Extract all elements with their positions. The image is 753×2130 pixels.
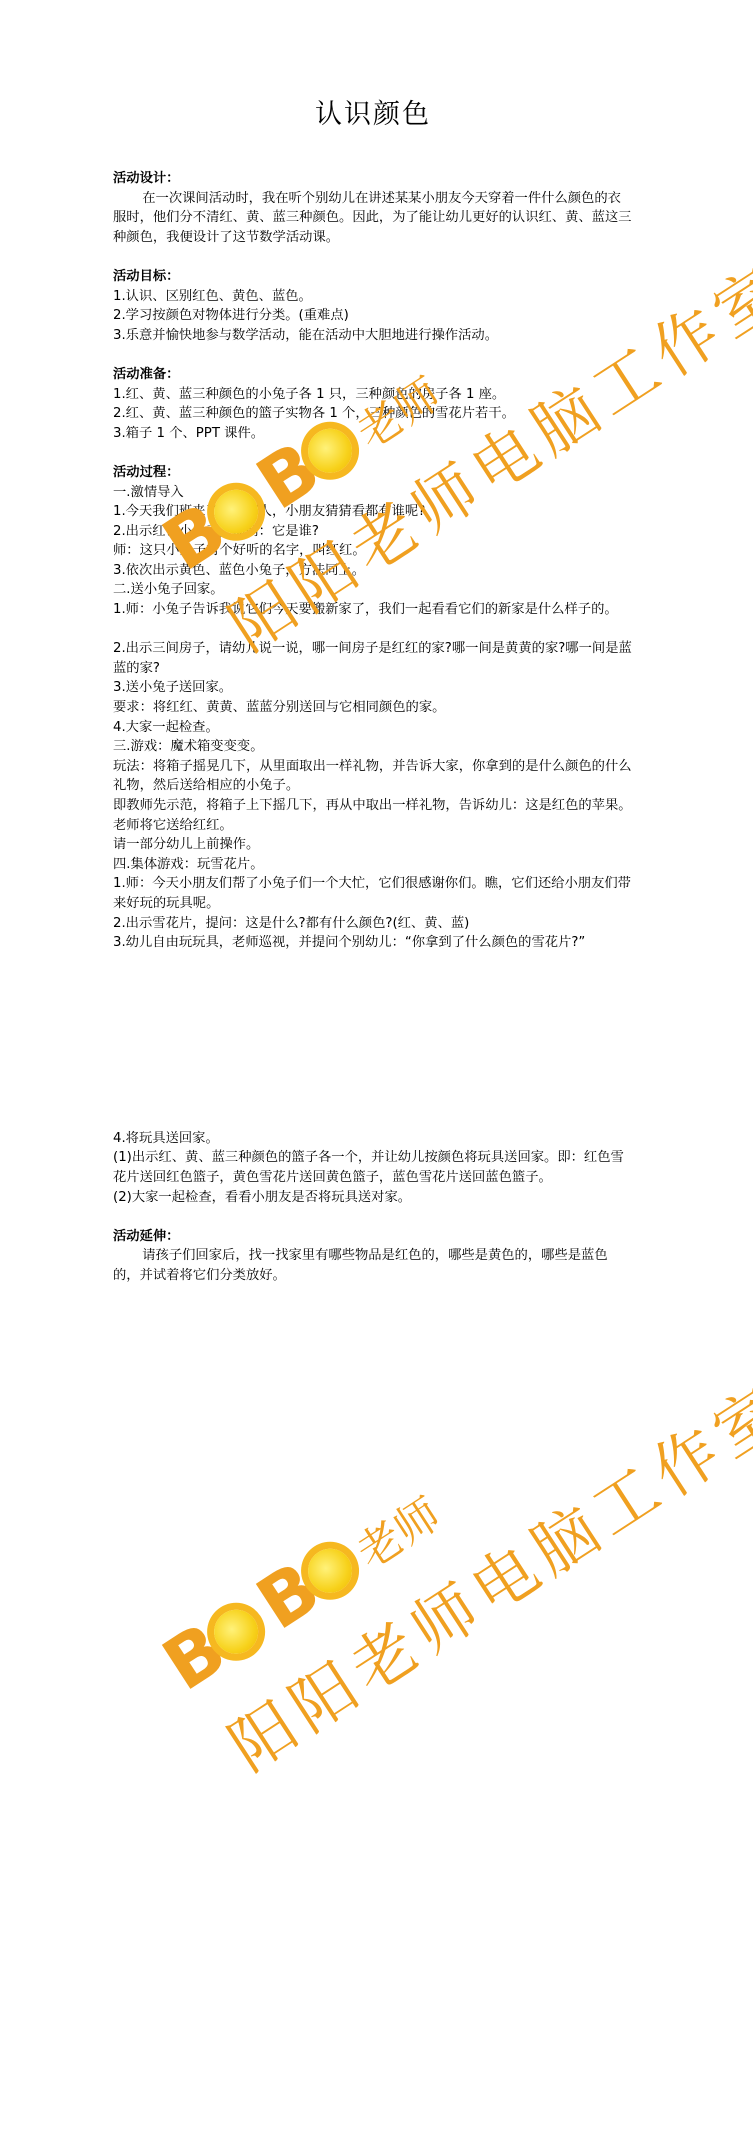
process-line: 3.依次出示黄色、蓝色小兔子，方法同上。 [113, 561, 633, 581]
process-line: 3.送小兔子送回家。 [113, 678, 633, 698]
watermark-small-text: 老师 [342, 1479, 451, 1581]
extension-paragraph: 请孩子们回家后，找一找家里有哪些物品是红色的，哪些是黄色的，哪些是蓝色的，并试着… [113, 1246, 633, 1285]
process-line: 4.大家一起检查。 [113, 718, 633, 738]
section-heading-extension: 活动延伸： [113, 1227, 633, 1247]
process-line: 二.送小兔子回家。 [113, 580, 633, 600]
sun-icon [300, 1540, 361, 1601]
preparation-item: 2.红、黄、蓝三种颜色的篮子实物各 1 个，三种颜色的雪花片若干。 [113, 404, 633, 424]
process-line: 玩法：将箱子摇晃几下，从里面取出一样礼物，并告诉大家，你拿到的是什么颜色的什么礼… [113, 757, 633, 796]
process-line: 师：这只小兔子有个好听的名字，叫红红。 [113, 541, 633, 561]
process-line: 2.出示红色小兔子，提问：它是谁? [113, 522, 633, 542]
goal-item: 1.认识、区别红色、黄色、蓝色。 [113, 287, 633, 307]
section-heading-preparation: 活动准备： [113, 365, 633, 385]
process-line: 要求：将红红、黄黄、蓝蓝分别送回与它相同颜色的家。 [113, 698, 633, 718]
document-body: 活动设计： 在一次课间活动时，我在听个别幼儿在讲述某某小朋友今天穿着一件什么颜色… [113, 169, 633, 1286]
watermark-logo: B B 老师 [146, 1404, 547, 1708]
process-line: 四.集体游戏：玩雪花片。 [113, 855, 633, 875]
watermark-logo-letter: B [148, 1606, 240, 1706]
watermark: B B 老师 阳阳老师电脑工作室 [146, 1404, 624, 1826]
process-line: 1.今天我们班来了三位客人，小朋友猜猜看都有谁呢? [113, 502, 633, 522]
process-line: 4.将玩具送回家。 [113, 1129, 633, 1149]
blank-image-area [113, 953, 633, 1129]
process-line: (2)大家一起检查，看看小朋友是否将玩具送对家。 [113, 1188, 633, 1208]
process-line: 2.出示雪花片，提问：这是什么?都有什么颜色?(红、黄、蓝) [113, 914, 633, 934]
process-line: 1.师：小兔子告诉我说它们今天要搬新家了，我们一起看看它们的新家是什么样子的。 [113, 600, 633, 620]
process-line: 三.游戏：魔术箱变变变。 [113, 737, 633, 757]
process-line: 一.激情导入 [113, 483, 633, 503]
preparation-item: 3.箱子 1 个、PPT 课件。 [113, 424, 633, 444]
document-title: 认识颜色 [113, 92, 633, 131]
watermark-big-text: 阳阳老师电脑工作室 [209, 1358, 753, 1788]
design-paragraph: 在一次课间活动时，我在听个别幼儿在讲述某某小朋友今天穿着一件什么颜色的衣服时，他… [113, 189, 633, 248]
process-line: 1.师：今天小朋友们帮了小兔子们一个大忙，它们很感谢你们。瞧，它们还给小朋友们带… [113, 874, 633, 913]
preparation-item: 1.红、黄、蓝三种颜色的小兔子各 1 只，三种颜色的房子各 1 座。 [113, 385, 633, 405]
process-line: 3.幼儿自由玩玩具，老师巡视，并提问个别幼儿：“你拿到了什么颜色的雪花片?” [113, 933, 633, 953]
section-heading-design: 活动设计： [113, 169, 633, 189]
process-line: 2.出示三间房子，请幼儿说一说，哪一间房子是红红的家?哪一间是黄黄的家?哪一间是… [113, 639, 633, 678]
process-line: (1)出示红、黄、蓝三种颜色的篮子各一个，并让幼儿按颜色将玩具送回家。即：红色雪… [113, 1148, 633, 1187]
sun-icon [206, 1601, 267, 1662]
process-line: 请一部分幼儿上前操作。 [113, 835, 633, 855]
section-heading-goals: 活动目标： [113, 267, 633, 287]
watermark-logo-letter: B [242, 1545, 334, 1645]
goal-item: 3.乐意并愉快地参与数学活动，能在活动中大胆地进行操作活动。 [113, 326, 633, 346]
process-line: 即教师先示范，将箱子上下摇几下，再从中取出一样礼物，告诉幼儿：这是红色的苹果。老… [113, 796, 633, 835]
goal-item: 2.学习按颜色对物体进行分类。(重难点) [113, 306, 633, 326]
section-heading-process: 活动过程： [113, 463, 633, 483]
